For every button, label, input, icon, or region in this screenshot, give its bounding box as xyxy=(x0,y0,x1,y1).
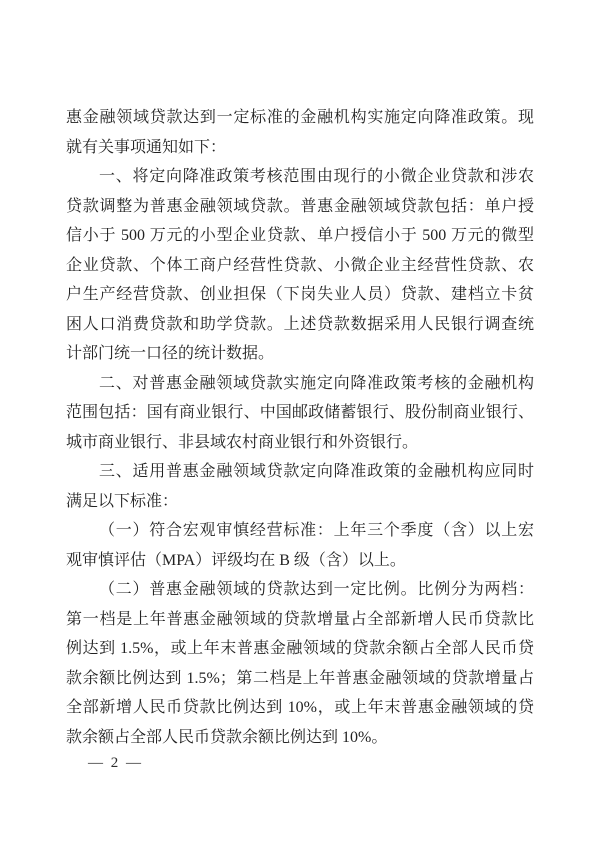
document-line-item-2-heading: 二、对普惠金融领域贷款实施定向降准政策考核的金融机构 xyxy=(66,369,534,399)
document-line: 款余额比例达到 1.5%；第二档是上年普惠金融领域的贷款增量占 xyxy=(66,664,534,694)
document-line: 就有关事项通知如下： xyxy=(66,133,534,163)
document-line: 满足以下标准： xyxy=(66,487,534,517)
document-line: 例达到 1.5%，或上年末普惠金融领域的贷款余额占全部人民币贷 xyxy=(66,634,534,664)
document-line: 惠金融领域贷款达到一定标准的金融机构实施定向降准政策。现 xyxy=(66,103,534,133)
document-line: 全部新增人民币贷款比例达到 10%，或上年末普惠金融领域的贷 xyxy=(66,693,534,723)
document-line: 户生产经营贷款、创业担保（下岗失业人员）贷款、建档立卡贫 xyxy=(66,280,534,310)
document-line: 范围包括：国有商业银行、中国邮政储蓄银行、股份制商业银行、 xyxy=(66,398,534,428)
document-line: 贷款调整为普惠金融领域贷款。普惠金融领域贷款包括：单户授 xyxy=(66,192,534,222)
document-line: 观审慎评估（MPA）评级均在 B 级（含）以上。 xyxy=(66,546,534,576)
scanned-document-page: 惠金融领域贷款达到一定标准的金融机构实施定向降准政策。现 就有关事项通知如下： … xyxy=(0,0,600,848)
document-line-subitem-2-heading: （二）普惠金融领域的贷款达到一定比例。比例分为两档： xyxy=(66,575,534,605)
document-line: 困人口消费贷款和助学贷款。上述贷款数据采用人民银行调查统 xyxy=(66,310,534,340)
document-line: 计部门统一口径的统计数据。 xyxy=(66,339,534,369)
document-line-subitem-1-heading: （一）符合宏观审慎经营标准：上年三个季度（含）以上宏 xyxy=(66,516,534,546)
document-line-item-1-heading: 一、将定向降准政策考核范围由现行的小微企业贷款和涉农 xyxy=(66,162,534,192)
document-line: 款余额占全部人民币贷款余额比例达到 10%。 xyxy=(66,723,534,753)
page-number: — 2 — xyxy=(88,752,143,774)
document-body: 惠金融领域贷款达到一定标准的金融机构实施定向降准政策。现 就有关事项通知如下： … xyxy=(66,103,534,752)
document-line: 第一档是上年普惠金融领域的贷款增量占全部新增人民币贷款比 xyxy=(66,605,534,635)
document-line-item-3-heading: 三、适用普惠金融领域贷款定向降准政策的金融机构应同时 xyxy=(66,457,534,487)
document-line: 城市商业银行、非县域农村商业银行和外资银行。 xyxy=(66,428,534,458)
document-line: 企业贷款、个体工商户经营性贷款、小微企业主经营性贷款、农 xyxy=(66,251,534,281)
document-line: 信小于 500 万元的小型企业贷款、单户授信小于 500 万元的微型 xyxy=(66,221,534,251)
